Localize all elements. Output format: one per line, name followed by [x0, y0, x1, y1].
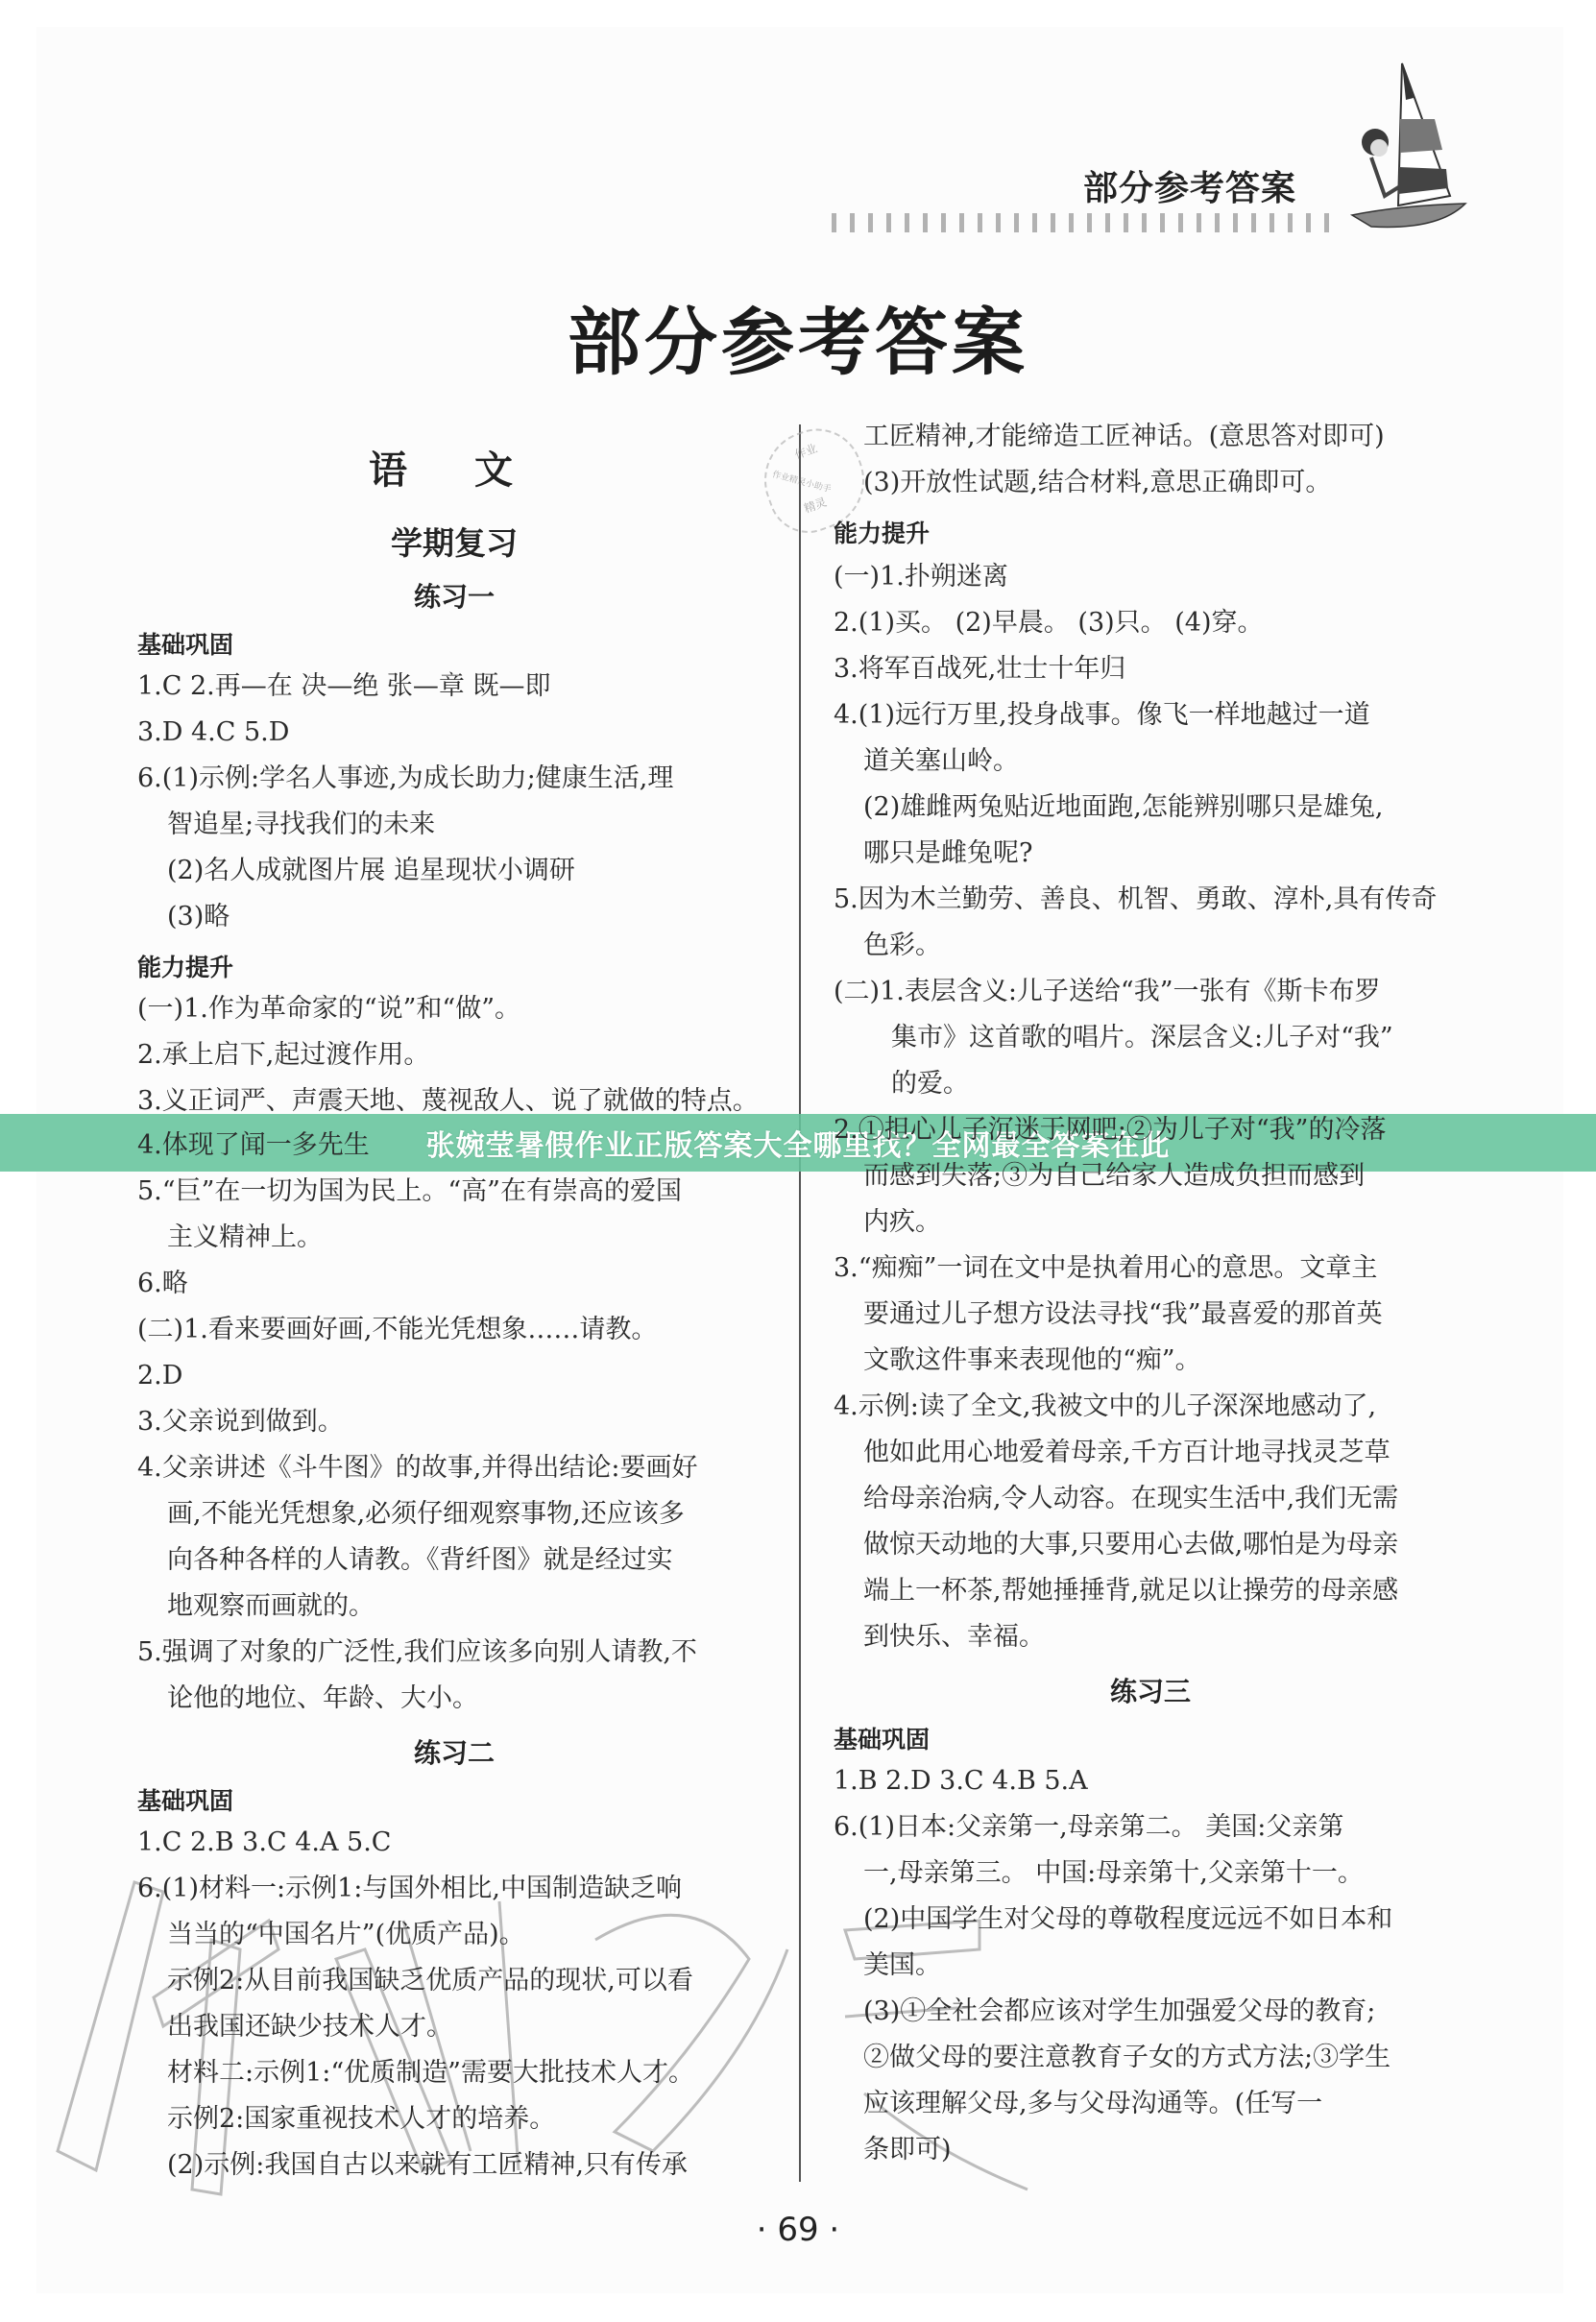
answer-line: 内疚。	[834, 1206, 941, 1239]
answer-line: 论他的地位、年龄、大小。	[137, 1682, 478, 1715]
answer-line: 要通过儿子想方设法寻找“我”最喜爱的那首英	[834, 1298, 1383, 1331]
stamp-line: 精灵	[802, 494, 829, 517]
answer-line: 而感到失落;③为自己给家人造成负担而感到	[834, 1160, 1365, 1193]
answer-line: 3.父亲说到做到。	[137, 1406, 344, 1439]
answer-line: 出我国还缺少技术人才。	[137, 2011, 452, 2044]
answer-line: (2)中国学生对父母的尊敬程度远远不如日本和	[834, 1903, 1392, 1936]
answer-line: 色彩。	[834, 930, 941, 962]
answer-line: (3)略	[137, 901, 230, 933]
exercise-heading: 练习三	[834, 1671, 1467, 1709]
answer-line: 向各种各样的人请教。《背纤图》就是经过实	[137, 1544, 673, 1577]
answer-line: 4.示例:读了全文,我被文中的儿子深深地感动了,	[834, 1391, 1376, 1423]
answer-line: (二)1.看来要画好画,不能光凭想象……请教。	[137, 1314, 657, 1346]
answer-line: 给母亲治病,令人动容。在现实生活中,我们无需	[834, 1483, 1398, 1515]
answer-line: 主义精神上。	[137, 1221, 323, 1254]
answer-line: 4.(1)远行万里,投身战事。像飞一样地越过一道	[834, 699, 1370, 732]
answer-line: 5.“巨”在一切为国为民上。“高”在有崇高的爱国	[137, 1175, 682, 1208]
stamp-line: 作业精灵小助手	[771, 468, 833, 496]
answer-line: 3.“痴痴”一词在文中是执着用心的意思。文章主	[834, 1252, 1377, 1285]
answer-line: 条即可)	[834, 2134, 952, 2166]
answer-line: 工匠精神,才能缔造工匠神话。(意思答对即可)	[834, 421, 1385, 453]
section-heading: 基础巩固	[137, 1782, 233, 1817]
answer-line: 4.体现了闻一多先生	[137, 1129, 370, 1162]
answer-line: 材料二:示例1:“优质制造”需要大批技术人才。	[137, 2057, 694, 2090]
answer-line: (3)①全社会都应该对学生加强爱父母的教育;	[834, 1995, 1375, 2028]
answer-line: 1.B 2.D 3.C 4.B 5.A	[834, 1765, 1088, 1798]
answer-line: 哪只是雌兔呢?	[834, 837, 1032, 870]
answer-line: 2.(1)买。 (2)早晨。 (3)只。 (4)穿。	[834, 607, 1264, 640]
answer-line: 画,不能光凭想象,必须仔细观察事物,还应该多	[137, 1498, 685, 1531]
answer-line: 3.义正词严、声震天地、蔑视敌人、说了就做的特点。	[137, 1085, 759, 1118]
answer-line: 的爱。	[891, 1068, 969, 1101]
section-heading: 基础巩固	[137, 626, 233, 661]
answer-line: 2.承上启下,起过渡作用。	[137, 1039, 429, 1072]
running-header-title: 部分参考答案	[1083, 161, 1296, 210]
answer-line: (2)名人成就图片展 追星现状小调研	[137, 855, 575, 887]
header-tick-rule	[832, 213, 1331, 232]
answer-line: (2)雄雌两兔贴近地面跑,怎能辨别哪只是雄兔,	[834, 791, 1383, 824]
exercise-heading: 练习一	[137, 576, 771, 615]
answer-line: 道关塞山岭。	[834, 745, 1019, 778]
answer-line: ②做父母的要注意教育子女的方式方法;③学生	[834, 2042, 1390, 2074]
answer-line: (一)1.作为革命家的“说”和“做”。	[137, 993, 520, 1026]
answer-line: 文歌这件事来表现他的“痴”。	[834, 1344, 1201, 1377]
answer-line: 应该理解父母,多与父母沟通等。(任写一	[834, 2088, 1322, 2120]
answer-line: 6.略	[137, 1268, 188, 1300]
answer-line: 3.D 4.C 5.D	[137, 716, 289, 749]
answer-line: 他如此用心地爱着母亲,千方百计地寻找灵芝草	[834, 1437, 1390, 1469]
answer-line: 示例2:国家重视技术人才的培养。	[137, 2103, 555, 2136]
answer-line: 3.将军百战死,壮士十年归	[834, 653, 1125, 686]
page-number: · 69 ·	[0, 2211, 1596, 2249]
answer-line: 5.因为木兰勤劳、善良、机智、勇敢、淳朴,具有传奇	[834, 883, 1437, 916]
answer-line: 1.C 2.B 3.C 4.A 5.C	[137, 1826, 391, 1859]
answer-line: 到快乐、幸福。	[834, 1621, 1045, 1654]
answer-line: 地观察而画就的。	[137, 1590, 375, 1623]
answer-line: 示例2:从目前我国缺乏优质产品的现状,可以看	[137, 1965, 693, 1997]
answer-line: 端上一杯茶,帮她捶捶背,就足以让操劳的母亲感	[834, 1575, 1398, 1608]
answer-line: 6.(1)材料一:示例1:与国外相比,中国制造缺乏响	[137, 1873, 682, 1905]
answer-line: 一,母亲第三。 中国:母亲第十,父亲第十一。	[834, 1857, 1364, 1890]
answer-line: (一)1.扑朔迷离	[834, 561, 1008, 593]
answer-line: 6.(1)日本:父亲第一,母亲第二。 美国:父亲第	[834, 1811, 1343, 1844]
answer-line: (3)开放性试题,结合材料,意思正确即可。	[834, 467, 1331, 499]
answer-line: 1.C 2.再—在 决—绝 张—章 既—即	[137, 670, 551, 703]
subject-heading: 语 文	[137, 440, 771, 495]
term-heading: 学期复习	[137, 519, 771, 564]
section-heading: 能力提升	[137, 949, 233, 983]
answer-line: 5.强调了对象的广泛性,我们应该多向别人请教,不	[137, 1636, 697, 1669]
answer-line: (二)1.表层含义:儿子送给“我”一张有《斯卡布罗	[834, 976, 1381, 1008]
answer-line: 美国。	[834, 1949, 941, 1982]
answer-line: 当当的“中国名片”(优质产品)。	[137, 1919, 525, 1951]
exercise-heading: 练习二	[137, 1732, 771, 1771]
answer-line: 2.D	[137, 1360, 182, 1392]
answer-line: 集市》这首歌的唱片。深层含义:儿子对“我”	[891, 1022, 1393, 1054]
stamp-line: 作业	[792, 440, 819, 463]
section-heading: 能力提升	[834, 515, 930, 549]
page-main-title: 部分参考答案	[0, 284, 1596, 389]
answer-line: 4.父亲讲述《斗牛图》的故事,并得出结论:要画好	[137, 1452, 697, 1485]
answer-line: 6.(1)示例:学名人事迹,为成长助力;健康生活,理	[137, 762, 673, 795]
section-heading: 基础巩固	[834, 1721, 930, 1755]
answer-line: 2.①担心儿子沉迷于网吧;②为儿子对“我”的冷落	[834, 1114, 1386, 1147]
answer-line: 智追星;寻找我们的未来	[137, 809, 435, 841]
answer-line: (2)示例:我国自古以来就有工匠精神,只有传承	[137, 2149, 688, 2182]
answer-line: 做惊天动地的大事,只要用心去做,哪怕是为母亲	[834, 1529, 1398, 1561]
windsurfer-illustration-icon	[1342, 61, 1473, 234]
